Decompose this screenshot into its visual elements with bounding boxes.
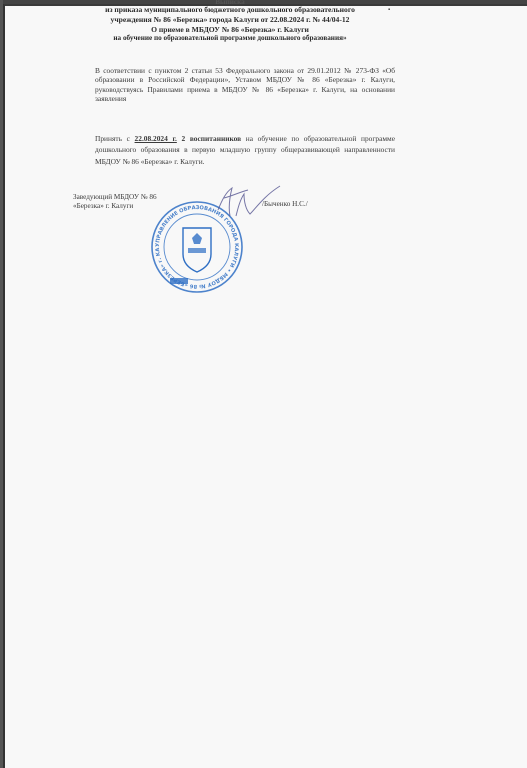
- order-prefix: Принять с: [95, 134, 135, 143]
- header-line-1: из приказа муниципального бюджетного дош…: [50, 5, 410, 15]
- signatory-position-line-2: «Березка» г. Калуги: [73, 202, 157, 211]
- document-header: Выписка из приказа муниципального бюджет…: [50, 0, 410, 44]
- order-date: 22.08.2024 г.: [135, 134, 177, 143]
- paragraph-order: Принять с 22.08.2024 г. 2 воспитанников …: [73, 133, 395, 167]
- scan-mark: ▪: [388, 7, 390, 13]
- scan-edge-left: [0, 0, 3, 768]
- signatory-name: /Быченко Н.С./: [262, 200, 308, 208]
- signatory-position-line-1: Заведующий МБДОУ № 86: [73, 193, 157, 202]
- paragraph-basis-text: В соответствии с пунктом 2 статьи 53 Фед…: [73, 66, 395, 104]
- paragraph-basis: В соответствии с пунктом 2 статьи 53 Фед…: [73, 66, 395, 104]
- order-count: 2 воспитанников: [177, 134, 241, 143]
- paragraph-order-text: Принять с 22.08.2024 г. 2 воспитанников …: [73, 133, 395, 167]
- header-line-2: учреждения № 86 «Березка» города Калуги …: [50, 15, 410, 25]
- signatory-position: Заведующий МБДОУ № 86 «Березка» г. Калуг…: [73, 193, 157, 210]
- header-line-3: О приеме в МБДОУ № 86 «Березка» г. Калуг…: [50, 25, 410, 35]
- scanned-page: [3, 3, 527, 768]
- header-line-4: на обучение по образовательной программе…: [50, 34, 410, 44]
